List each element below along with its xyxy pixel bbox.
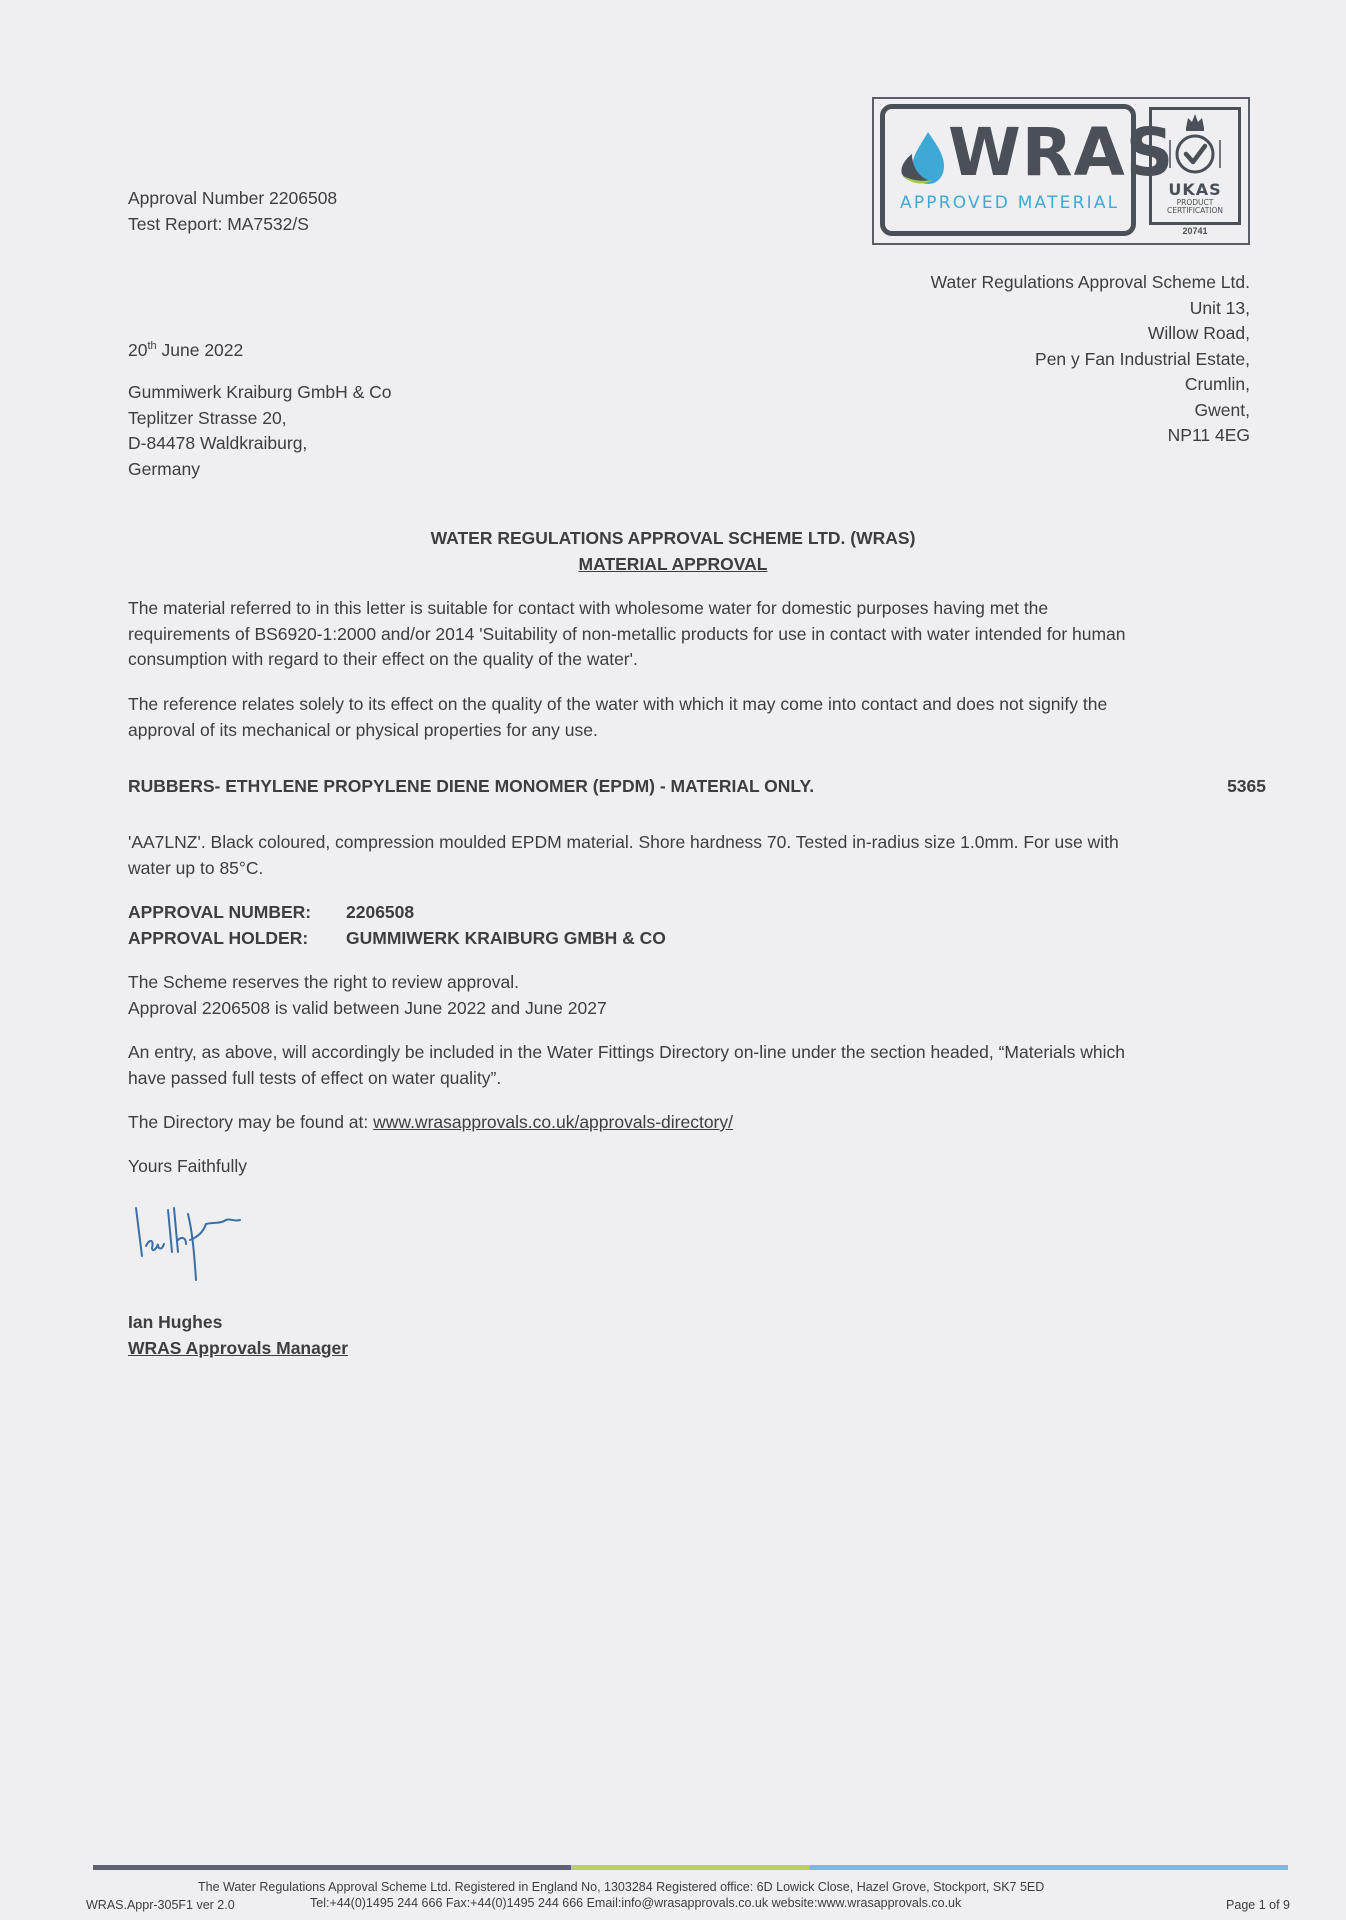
directory-link[interactable]: www.wrasapprovals.co.uk/approvals-direct… [373,1112,733,1132]
paragraph-line: requirements of BS6920-1:2000 and/or 201… [128,622,1126,648]
directory-paragraph: An entry, as above, will accordingly be … [128,1040,1125,1091]
footer-rule-segment [571,1865,810,1870]
water-drop-icon [898,130,946,186]
letter-date: 20th June 2022 [128,334,243,363]
recipient-address-line: Teplitzer Strasse 20, [128,406,392,432]
sender-address-line: NP11 4EG [931,423,1250,449]
sender-address-line: Water Regulations Approval Scheme Ltd. [931,270,1250,296]
approval-number-label: APPROVAL NUMBER: [128,900,346,926]
paragraph-line: An entry, as above, will accordingly be … [128,1040,1125,1066]
date-day: 20 [128,340,147,360]
ukas-crown-check-icon [1168,110,1222,182]
material-code: 5365 [1227,774,1266,800]
sender-address-line: Unit 13, [931,296,1250,322]
wras-subtitle: APPROVED MATERIAL [900,193,1119,213]
approval-number-row: APPROVAL NUMBER:2206508 [128,900,666,926]
ukas-subtitle-line-2: CERTIFICATION [1153,207,1237,215]
wras-wordmark: WRAS [948,118,1174,188]
footer-rule-segment [93,1865,571,1870]
footer-doc-ref: WRAS.Appr-305F1 ver 2.0 [86,1897,235,1913]
paragraph-line: Approval 2206508 is valid between June 2… [128,996,607,1022]
footer-registration: The Water Regulations Approval Scheme Lt… [198,1879,1044,1895]
title-line-1: WATER REGULATIONS APPROVAL SCHEME LTD. (… [0,526,1346,552]
directory-prefix: The Directory may be found at: [128,1112,373,1132]
sender-address-line: Willow Road, [931,321,1250,347]
signatory-title: WRAS Approvals Manager [128,1336,348,1362]
signatory-name: Ian Hughes [128,1310,348,1336]
header-reference: Approval Number 2206508 Test Report: MA7… [128,186,337,237]
signature-image [130,1200,270,1290]
paragraph-suitability: The material referred to in this letter … [128,596,1126,673]
recipient-address-line: D-84478 Waldkraiburg, [128,431,392,457]
sender-address-line: Gwent, [931,398,1250,424]
paragraph-line: The Scheme reserves the right to review … [128,970,607,996]
test-report-line: Test Report: MA7532/S [128,212,337,238]
recipient-address-line: Germany [128,457,392,483]
paragraph-line: The reference relates solely to its effe… [128,692,1107,718]
signatory: Ian Hughes WRAS Approvals Manager [128,1310,348,1361]
footer-rule [93,1865,1288,1870]
paragraph-line: The material referred to in this letter … [128,596,1126,622]
footer-contact: Tel:+44(0)1495 244 666 Fax:+44(0)1495 24… [310,1895,961,1911]
recipient-address-line: Gummiwerk Kraiburg GmbH & Co [128,380,392,406]
footer-rule-segment [810,1865,1288,1870]
closing: Yours Faithfully [128,1154,247,1180]
paragraph-line: water up to 85°C. [128,856,1119,882]
directory-link-line: The Directory may be found at: www.wrasa… [128,1110,733,1136]
paragraph-line: approval of its mechanical or physical p… [128,718,1107,744]
ukas-subtitle: PRODUCT CERTIFICATION [1153,199,1237,215]
paragraph-line: have passed full tests of effect on wate… [128,1066,1125,1092]
sender-address-line: Pen y Fan Industrial Estate, [931,347,1250,373]
recipient-address: Gummiwerk Kraiburg GmbH & Co Teplitzer S… [128,380,392,482]
date-suffix: th [147,340,156,352]
paragraph-line: consumption with regard to their effect … [128,647,1126,673]
approval-holder-row: APPROVAL HOLDER:GUMMIWERK KRAIBURG GMBH … [128,926,666,952]
footer-page-number: Page 1 of 9 [1226,1897,1290,1913]
review-notice: The Scheme reserves the right to review … [128,970,607,1021]
sender-address: Water Regulations Approval Scheme Ltd. U… [931,270,1250,449]
title-line-2: MATERIAL APPROVAL [0,552,1346,578]
material-description: 'AA7LNZ'. Black coloured, compression mo… [128,830,1119,881]
approval-holder-label: APPROVAL HOLDER: [128,926,346,952]
approval-holder-value: GUMMIWERK KRAIBURG GMBH & CO [346,928,666,948]
approval-number-value: 2206508 [346,902,414,922]
ukas-number: 20741 [1153,226,1237,236]
document-title: WATER REGULATIONS APPROVAL SCHEME LTD. (… [0,526,1346,577]
paragraph-reference: The reference relates solely to its effe… [128,692,1107,743]
date-rest: June 2022 [157,340,244,360]
ukas-wordmark: UKAS [1153,180,1237,199]
approval-details: APPROVAL NUMBER:2206508 APPROVAL HOLDER:… [128,900,666,951]
paragraph-line: 'AA7LNZ'. Black coloured, compression mo… [128,830,1119,856]
approval-number-line: Approval Number 2206508 [128,186,337,212]
material-heading: RUBBERS- ETHYLENE PROPYLENE DIENE MONOME… [128,774,814,800]
sender-address-line: Crumlin, [931,372,1250,398]
